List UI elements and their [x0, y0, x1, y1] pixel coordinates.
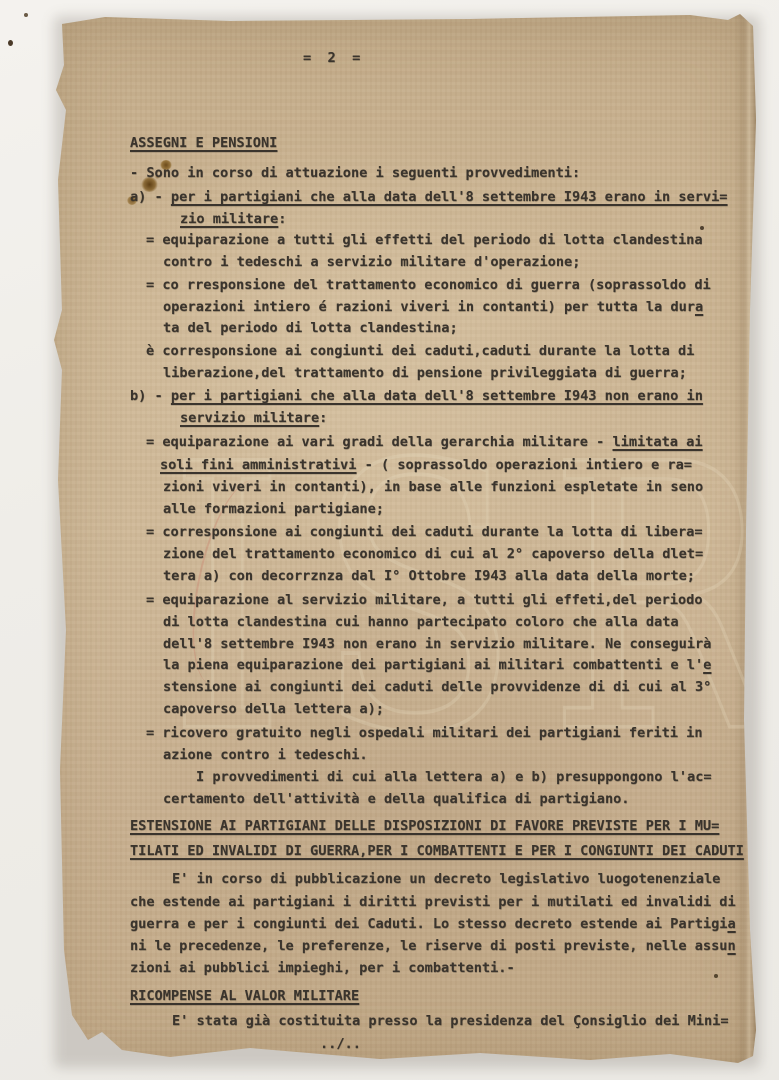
scanned-document-page: { "page": { "background_color": "#efede8…: [0, 0, 779, 1080]
dust-speck: [24, 13, 28, 17]
ink-stain: [141, 177, 158, 192]
dust-speck: [714, 974, 718, 978]
dust-speck: [8, 40, 13, 46]
ink-stain: [127, 196, 137, 205]
red-pencil-mark: [177, 473, 291, 693]
ink-stain: [155, 174, 160, 179]
paper-sheet: ISR: [50, 10, 762, 1065]
ink-stain: [160, 160, 172, 170]
dust-speck: [700, 226, 704, 230]
